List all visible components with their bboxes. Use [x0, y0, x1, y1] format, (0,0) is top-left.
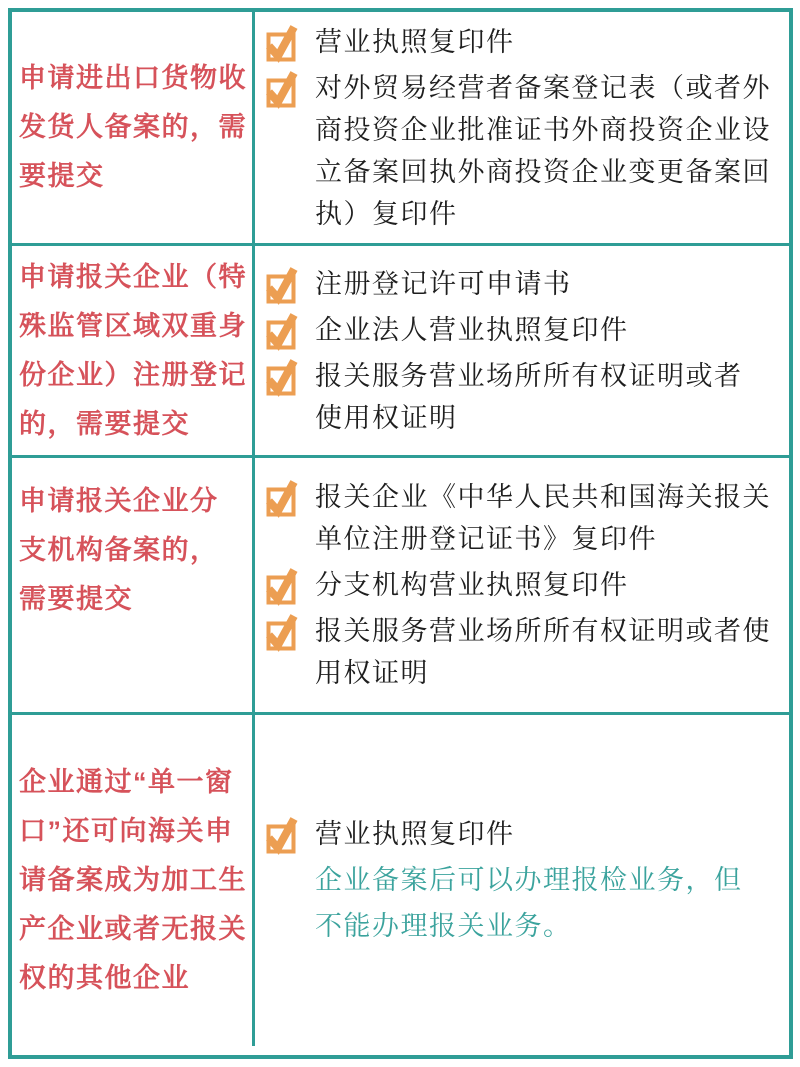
requirement-cell: 申请进出口货物收 发货人备案的，需 要提交 [12, 12, 255, 243]
documents-cell: 注册登记许可申请书 企业法人营业执照复印件 报关服务 [255, 246, 789, 455]
requirement-text: 申请报关企业分 支机构备案的， 需要提交 [19, 477, 250, 624]
requirement-cell: 企业通过“单一窗 口”还可向海关申 请备案成为加工生 产企业或者无报关 权的其他… [12, 715, 255, 1046]
checklist-item: 对外贸易经营者备案登记表（或者外 商投资企业批准证书外商投资企业设 立备案回执外… [265, 67, 781, 235]
requirement-text: 申请进出口货物收 发货人备案的，需 要提交 [19, 54, 250, 201]
checklist-item: 营业执照复印件 [265, 21, 781, 63]
document-item-text: 对外贸易经营者备案登记表（或者外 商投资企业批准证书外商投资企业设 立备案回执外… [315, 67, 781, 235]
infographic-page: 申请进出口货物收 发货人备案的，需 要提交 营业执照复印件 对外 [0, 0, 800, 1067]
requirement-text: 企业通过“单一窗 口”还可向海关申 请备案成为加工生 产企业或者无报关 权的其他… [19, 758, 250, 1003]
requirement-cell: 申请报关企业分 支机构备案的， 需要提交 [12, 458, 255, 712]
document-item-text: 注册登记许可申请书 [315, 263, 781, 305]
documents-cell: 营业执照复印件 对外贸易经营者备案登记表（或者外 商投资企业批准证书外商投资企业… [255, 12, 789, 243]
document-item-text: 分支机构营业执照复印件 [315, 564, 781, 606]
table-row: 申请报关企业（特 殊监管区域双重身 份企业）注册登记 的，需要提交 注册登记许可… [12, 243, 789, 455]
table-row: 申请报关企业分 支机构备案的， 需要提交 报关企业《中华人民共和国海关报关 单位… [12, 455, 789, 712]
checklist-item: 注册登记许可申请书 [265, 263, 781, 305]
checklist-item: 营业执照复印件 企业备案后可以办理报检业务，但 不能办理报关业务。 [265, 813, 781, 949]
checked-checkbox-icon [265, 813, 299, 855]
document-item-text: 营业执照复印件 [315, 813, 781, 855]
checklist-item: 报关企业《中华人民共和国海关报关 单位注册登记证书》复印件 [265, 476, 781, 560]
checked-checkbox-icon [265, 309, 299, 351]
checked-checkbox-icon [265, 67, 299, 109]
document-item-text: 报关服务营业场所所有权证明或者使 用权证明 [315, 610, 781, 694]
table-row: 企业通过“单一窗 口”还可向海关申 请备案成为加工生 产企业或者无报关 权的其他… [12, 712, 789, 1046]
checklist-item: 分支机构营业执照复印件 [265, 564, 781, 606]
checklist-item: 报关服务营业场所所有权证明或者 使用权证明 [265, 355, 781, 439]
requirement-text: 申请报关企业（特 殊监管区域双重身 份企业）注册登记 的，需要提交 [19, 253, 250, 449]
checked-checkbox-icon [265, 355, 299, 397]
table-row: 申请进出口货物收 发货人备案的，需 要提交 营业执照复印件 对外 [12, 12, 789, 243]
documents-cell: 营业执照复印件 企业备案后可以办理报检业务，但 不能办理报关业务。 [255, 715, 789, 1046]
document-item-text: 报关企业《中华人民共和国海关报关 单位注册登记证书》复印件 [315, 476, 781, 560]
document-item-text: 报关服务营业场所所有权证明或者 使用权证明 [315, 355, 781, 439]
document-item-text: 企业法人营业执照复印件 [315, 309, 781, 351]
document-item-note: 企业备案后可以办理报检业务，但 不能办理报关业务。 [315, 857, 781, 949]
checked-checkbox-icon [265, 564, 299, 606]
checked-checkbox-icon [265, 610, 299, 652]
requirement-cell: 申请报关企业（特 殊监管区域双重身 份企业）注册登记 的，需要提交 [12, 246, 255, 455]
document-item-text: 营业执照复印件 [315, 21, 781, 63]
requirements-table: 申请进出口货物收 发货人备案的，需 要提交 营业执照复印件 对外 [8, 8, 793, 1059]
checked-checkbox-icon [265, 263, 299, 305]
documents-cell: 报关企业《中华人民共和国海关报关 单位注册登记证书》复印件 分支机构营业执照复印… [255, 458, 789, 712]
checked-checkbox-icon [265, 21, 299, 63]
checked-checkbox-icon [265, 476, 299, 518]
checklist-item: 报关服务营业场所所有权证明或者使 用权证明 [265, 610, 781, 694]
checklist-item: 企业法人营业执照复印件 [265, 309, 781, 351]
